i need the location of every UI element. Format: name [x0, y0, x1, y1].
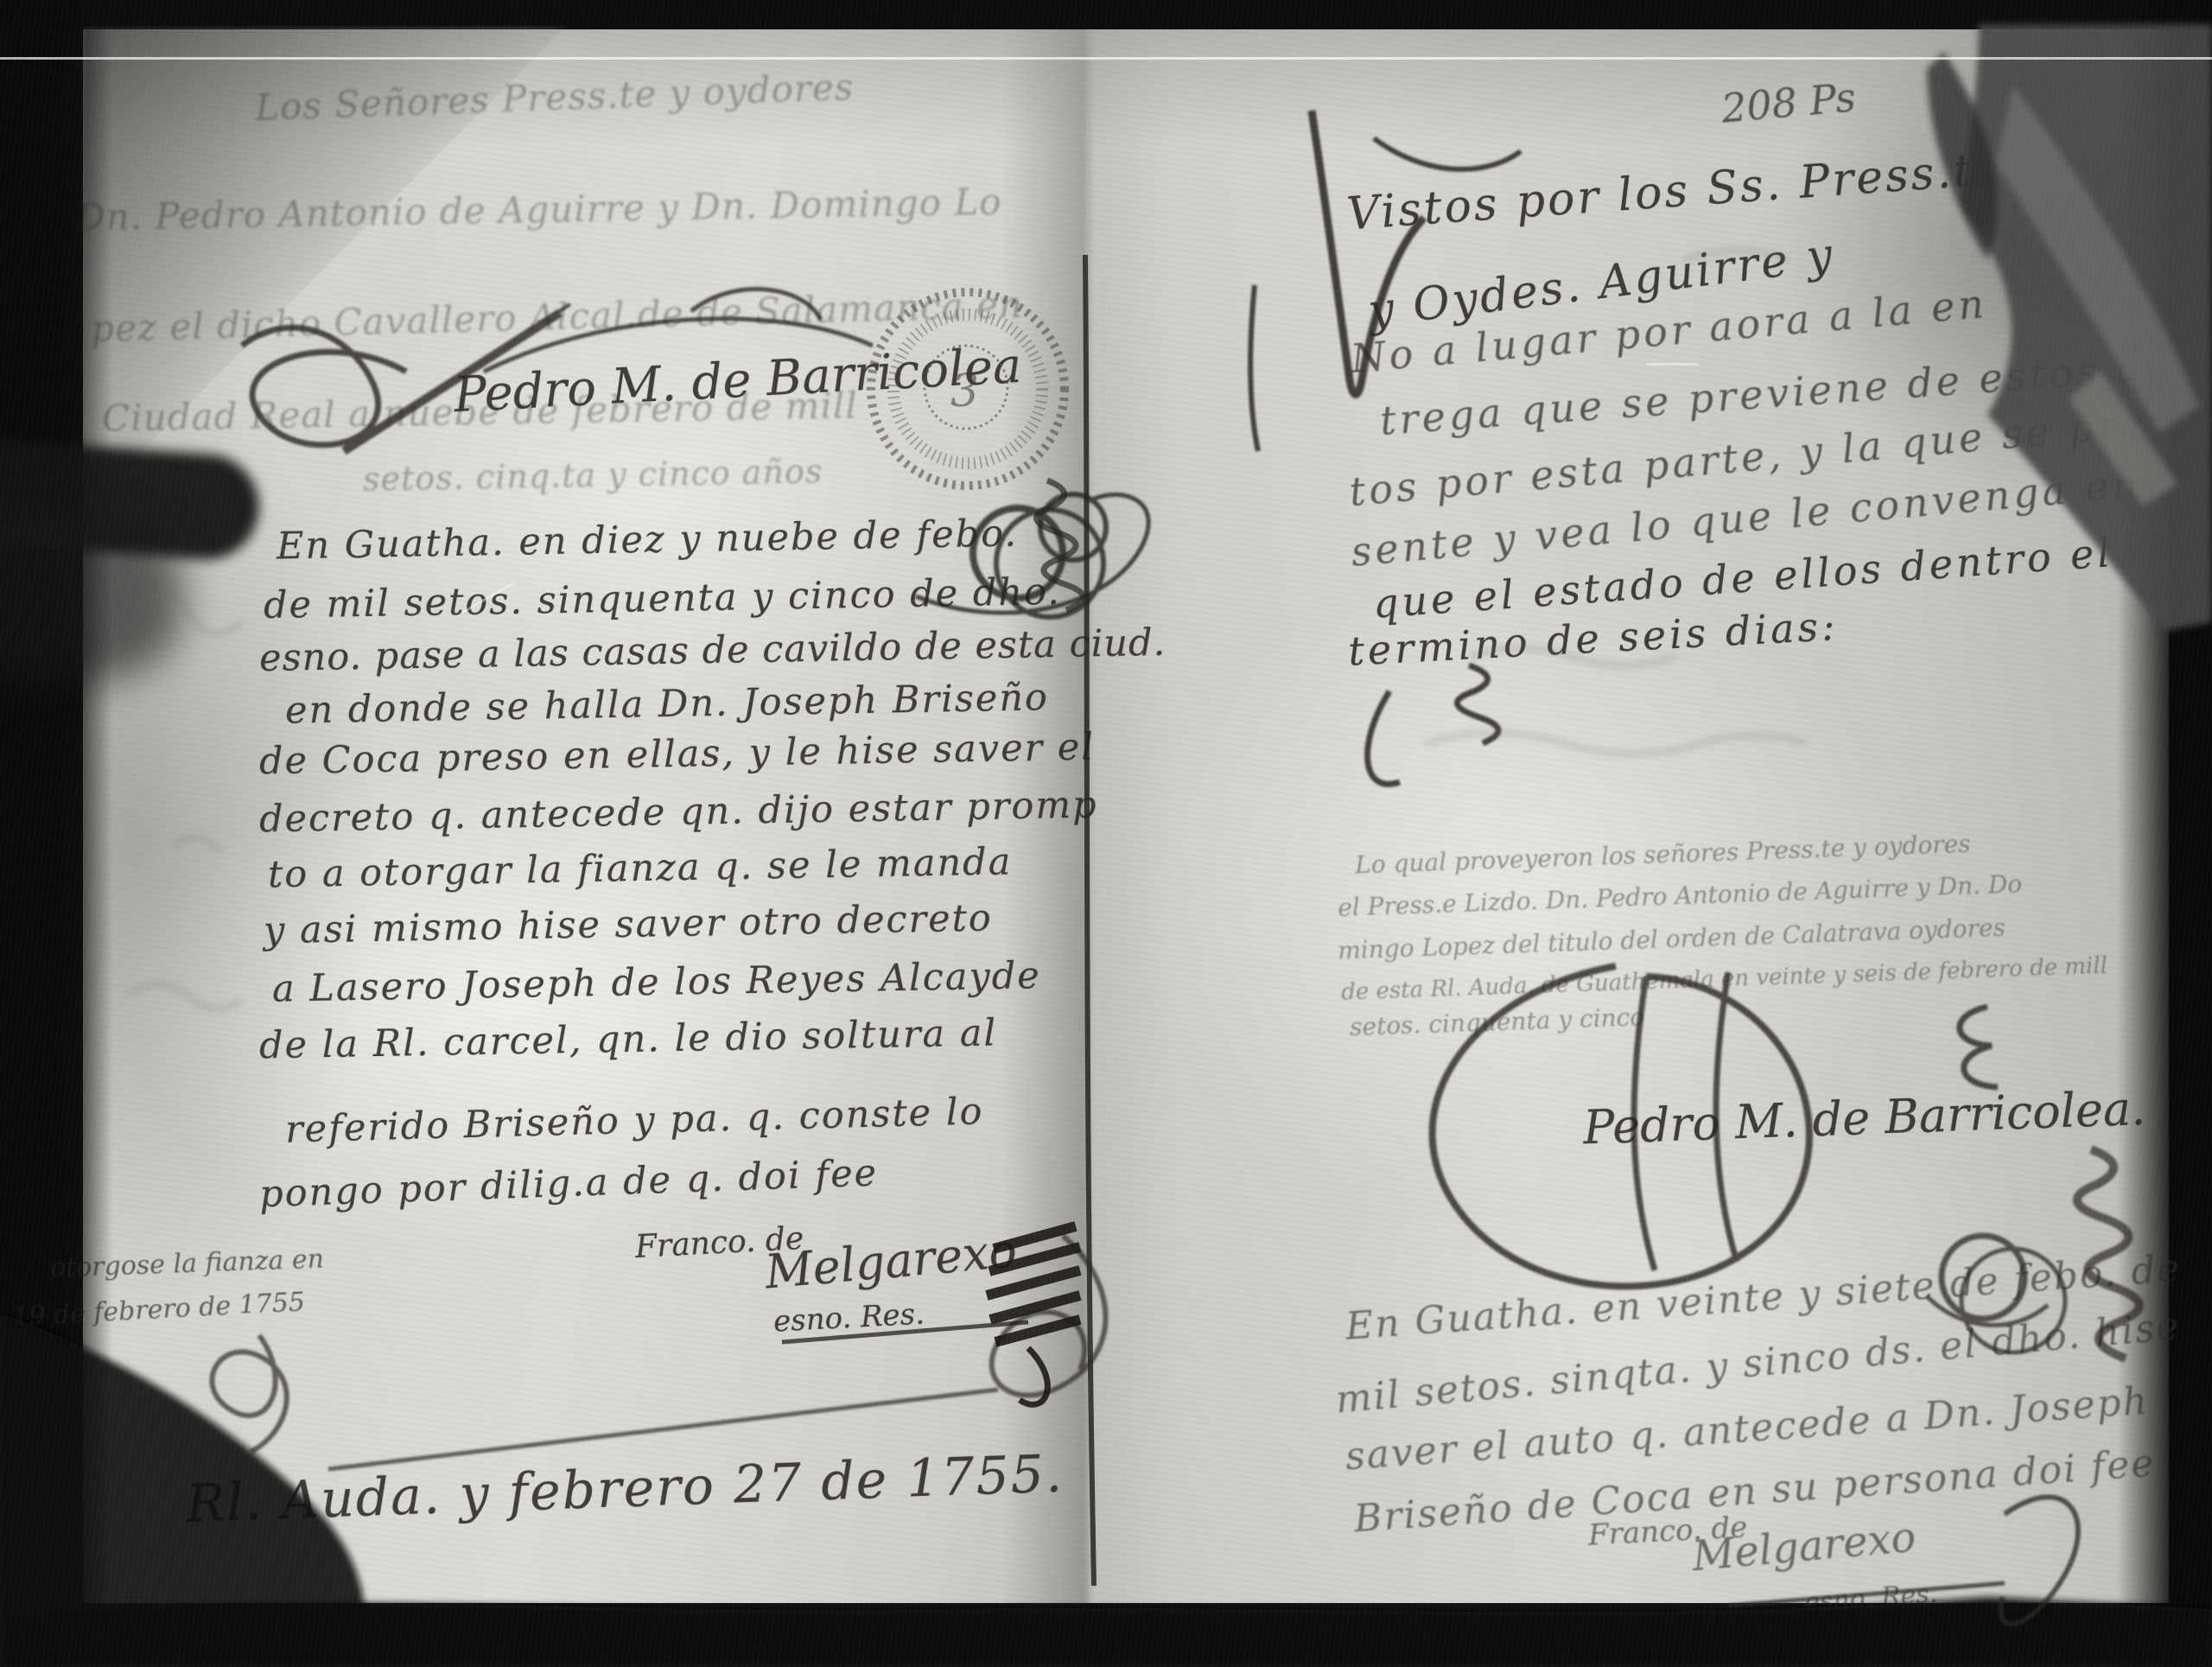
left-signature-paraph — [242, 289, 873, 451]
margin-rubric — [212, 1236, 1105, 1469]
notary-seal: 3 — [871, 292, 1065, 486]
film-shadow-bottom — [0, 1314, 2212, 1667]
seal-number: 3 — [950, 366, 979, 417]
ink-flourish-overlay: 3 — [0, 0, 2212, 1667]
bleed-through-marks — [130, 251, 1806, 1009]
ink-scribble-left-line1 — [916, 494, 1148, 617]
right-signature-paraph — [1433, 966, 2139, 1358]
binding-gutter-line — [1085, 255, 1094, 1586]
right-v-flourish — [1250, 111, 1521, 784]
right-closing-scribble — [1728, 1236, 2078, 1624]
page-curl-top-right — [1927, 24, 2212, 631]
manuscript-scan: Los Señores Press.te y oydores Dn. Pedro… — [0, 0, 2212, 1667]
